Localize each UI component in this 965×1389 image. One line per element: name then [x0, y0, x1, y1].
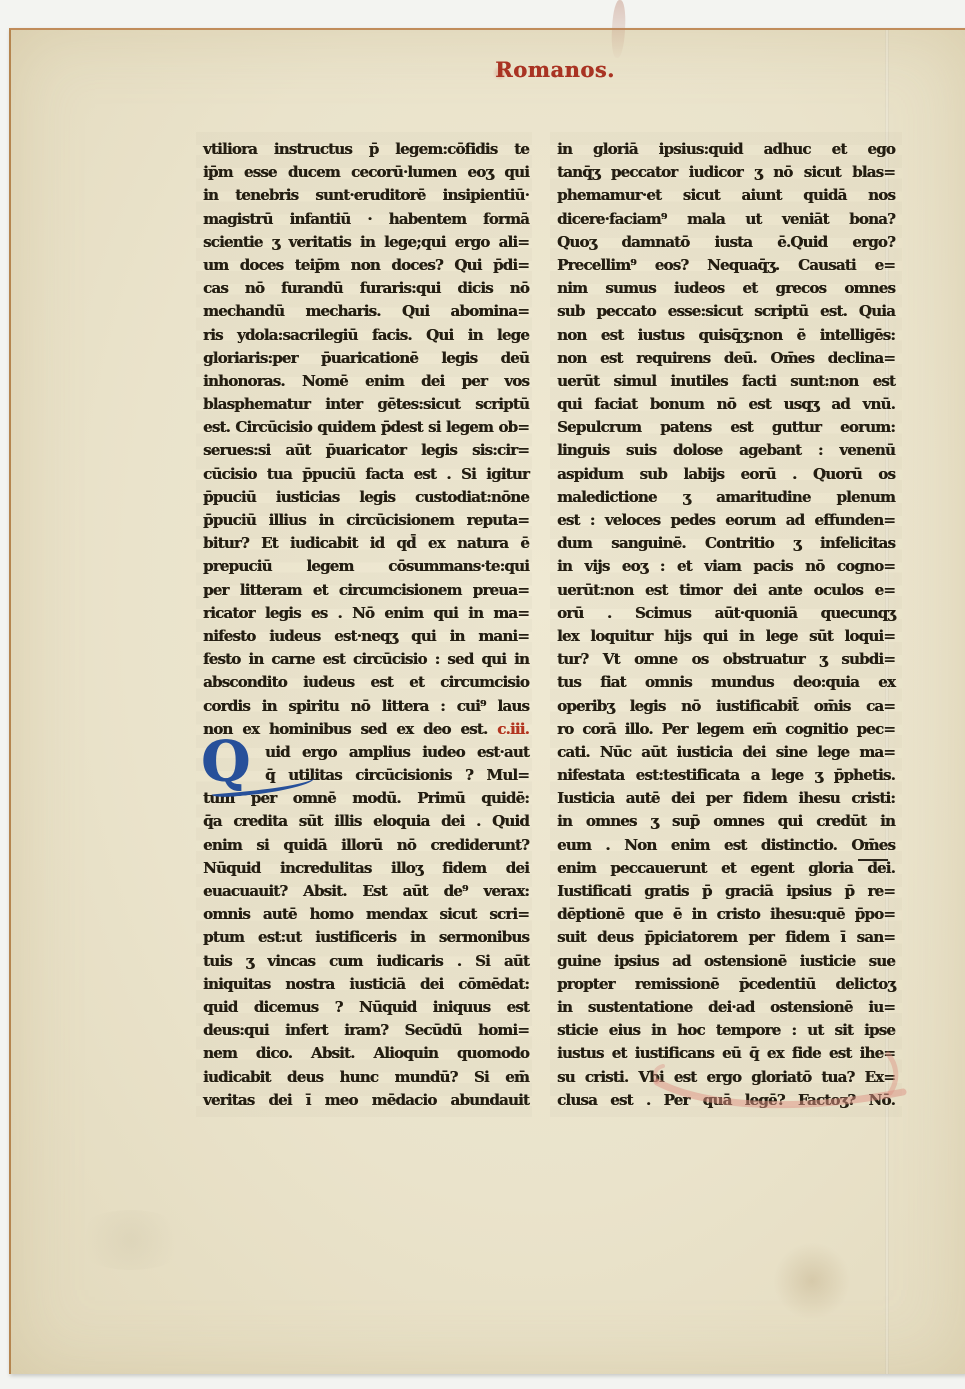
text-line: est. Circūcisio quidem p̄dest si legem … [203, 416, 529, 439]
text-line-content: magistrū infantiū · habentem formā [203, 210, 529, 228]
text-line: ro corā illo. Per legem em̄ cognitio pe… [557, 718, 895, 741]
text-line: guine ipsius ad ostensionē iusticie sue [557, 950, 895, 973]
text-line-content: per litteram et circumcisionem preua= [203, 581, 529, 599]
text-line: maledictione ʒ amaritudine plenum [557, 486, 895, 509]
text-line-content: non est requirens deū. Om̄es declina= [557, 349, 895, 367]
text-line-content: uerūt:non est timor dei ante oculos e= [557, 581, 895, 599]
text-line-content: ip̄m esse ducem cecorū·lumen eoʒ qui [203, 163, 529, 181]
text-line: inhonoras. Nomē enim dei per vos [203, 370, 529, 393]
text-line-content: guine ipsius ad ostensionē iusticie sue [557, 952, 895, 970]
text-line-content: prepuciū legem cōsummans·te:qui [203, 557, 529, 575]
text-line: linguis suis dolose agebant : venenū [557, 439, 895, 462]
text-line: qui faciat bonum nō est usqʒ ad vnū. [557, 393, 895, 416]
text-line: euacuauit? Absit. Est aūt de⁹ verax: [203, 880, 529, 903]
text-line-content: Quoʒ damnatō iusta ē.Quid ergo? [557, 233, 895, 251]
text-line: tuis ʒ vincas cum iudicaris . Si aūt [203, 950, 529, 973]
text-line-content: mechandū mecharis. Qui abomina= [203, 302, 529, 320]
text-line-content: sticie eius in hoc tempore : ut sit ipse [557, 1021, 895, 1039]
text-line-content: dicere·faciam⁹ mala ut veniāt bona? [557, 210, 895, 228]
text-line-content: nim sumus iudeos et grecos omnes [557, 279, 895, 297]
text-line-content: Precellim⁹ eos? Nequaq̄ʒ. Causati e= [557, 256, 895, 274]
text-line: nem dico. Absit. Alioquin quomodo [203, 1042, 529, 1065]
text-line: sub peccato esse:sicut scriptū est. Qui… [557, 300, 895, 323]
text-line: scientie ʒ veritatis in lege;qui ergo al… [203, 231, 529, 254]
text-line: bitur? Et iudicabit id qd̄ ex natura ē [203, 532, 529, 555]
running-header-title: Romanos. [495, 57, 615, 82]
text-line: tus fiat omnis mundus deo:quia ex [557, 671, 895, 694]
text-line: blasphematur inter gētes:sicut scriptū [203, 393, 529, 416]
text-line-content: Nūquid incredulitas illoʒ fidem dei [203, 859, 529, 877]
text-line-content: ro corā illo. Per legem em̄ cognitio pe… [557, 720, 895, 738]
text-line-content: nifestata est:testificata a lege ʒ p̄phe… [557, 766, 895, 784]
text-line: in tenebris sunt·eruditorē insipientiū… [203, 184, 529, 207]
text-line-content: iniquitas nostra iusticiā dei cōmēdat… [203, 975, 529, 993]
text-line: non est iustus quisq̄ʒ:non ē intelligē… [557, 324, 895, 347]
text-line: in vijs eoʒ : et viam pacis nō cogno= [557, 555, 895, 578]
text-line-content: non est iustus quisq̄ʒ:non ē intelligē… [557, 326, 895, 344]
text-line-content: Iustificati gratis p̄ graciā ipsius p̄ … [557, 882, 895, 900]
text-line: operibʒ legis nō iustificabit̄ om̄is ca… [557, 695, 895, 718]
text-line: ricator legis es . Nō enim qui in ma= [203, 602, 529, 625]
text-line: iniquitas nostra iusticiā dei cōmēdat… [203, 973, 529, 996]
text-line: Iusticia autē dei per fidem ihesu crist… [557, 787, 895, 810]
text-line: quid dicemus ? Nūquid iniquus est [203, 996, 529, 1019]
text-line: cordis in spiritu nō littera : cui⁹ lau… [203, 695, 529, 718]
text-line: magistrū infantiū · habentem formā [203, 208, 529, 231]
text-line-content: suit deus p̄piciatorem per fidem ī san= [557, 928, 895, 946]
text-line-content: gloriaris:per p̄uaricationē legis deū [203, 349, 529, 367]
text-line: q̄a credita sūt illis eloquia dei . Qui… [203, 810, 529, 833]
column-left: Q vtiliora instructus p̄ legem:cōfidis … [203, 138, 529, 1112]
text-line-content: linguis suis dolose agebant : venenū [557, 441, 895, 459]
text-line-content: eum . Non enim est distinctio. Om̄es [557, 836, 895, 854]
text-line: enim si quidā illorū nō crediderunt? [203, 834, 529, 857]
text-line: omnis autē homo mendax sicut scri= [203, 903, 529, 926]
text-line-content: dum sanguinē. Contritio ʒ infelicitas [557, 534, 895, 552]
text-line: gloriaris:per p̄uaricationē legis deū [203, 347, 529, 370]
text-line-content: veritas dei ī meo mēdacio abundauit [203, 1091, 529, 1109]
stain-mark [71, 1210, 191, 1270]
text-line: cūcisio tua p̄puciū facta est . Si igi… [203, 463, 529, 486]
scanned-page: Romanos. Q vtiliora instructus p̄ legem:… [0, 0, 965, 1389]
text-line-content: cas nō furandū furaris:qui dicis nō [203, 279, 529, 297]
text-line: in sustentatione dei·ad ostensionē iu= [557, 996, 895, 1019]
text-line: vtiliora instructus p̄ legem:cōfidis te [203, 138, 529, 161]
text-line-content: nifesto iudeus est·neqʒ qui in mani= [203, 627, 529, 645]
text-line: Precellim⁹ eos? Nequaq̄ʒ. Causati e= [557, 254, 895, 277]
column-right: in gloriā ipsius:quid adhuc et egotanq̄… [557, 138, 895, 1112]
text-line-content: tus fiat omnis mundus deo:quia ex [557, 673, 895, 691]
text-line-content: maledictione ʒ amaritudine plenum [557, 488, 895, 506]
text-line-content: bitur? Et iudicabit id qd̄ ex natura ē [203, 534, 529, 552]
text-line: Nūquid incredulitas illoʒ fidem dei [203, 857, 529, 880]
text-line: tur? Vt omne os obstruatur ʒ subdi= [557, 648, 895, 671]
text-line: p̄puciū iusticias legis custodiat:nōne [203, 486, 529, 509]
text-line-content: in gloriā ipsius:quid adhuc et ego [557, 140, 895, 158]
red-flourish-underline [645, 1038, 930, 1123]
text-line-content: in tenebris sunt·eruditorē insipientiū… [203, 186, 529, 204]
text-line-content: um doces teip̄m non doces? Qui p̄di= [203, 256, 529, 274]
text-line: nifesto iudeus est·neqʒ qui in mani= [203, 625, 529, 648]
text-line: Quoʒ damnatō iusta ē.Quid ergo? [557, 231, 895, 254]
text-line-content: euacuauit? Absit. Est aūt de⁹ verax: [203, 882, 529, 900]
text-line-content: p̄puciū illius in circūcisionem reputa… [203, 511, 529, 529]
text-line-content: cati. Nūc aūt iusticia dei sine lege m… [557, 743, 895, 761]
text-line: enim peccauerunt et egent gloria dei. [557, 857, 895, 880]
text-line: in omnes ʒ sup̄ omnes qui credūt in [557, 810, 895, 833]
text-line: in gloriā ipsius:quid adhuc et ego [557, 138, 895, 161]
text-line-content: cūcisio tua p̄puciū facta est . Si igi… [203, 465, 529, 483]
text-line-content: in vijs eoʒ : et viam pacis nō cogno= [557, 557, 895, 575]
text-line: prepuciū legem cōsummans·te:qui [203, 555, 529, 578]
text-line: ptum est:ut iustificeris in sermonibus [203, 926, 529, 949]
text-line-content: enim peccauerunt et egent gloria dei. [557, 859, 895, 877]
text-line-content: scientie ʒ veritatis in lege;qui ergo al… [203, 233, 529, 251]
text-line-content: tanq̄ʒ peccator iudicor ʒ nō sicut blas… [557, 163, 895, 181]
text-line: iudicabit deus hunc mundū? Si em̄ [203, 1066, 529, 1089]
text-line-content: est. Circūcisio quidem p̄dest si legem … [203, 418, 529, 436]
text-line: dicere·faciam⁹ mala ut veniāt bona? [557, 208, 895, 231]
text-line-content: tur? Vt omne os obstruatur ʒ subdi= [557, 650, 895, 668]
text-line-content: operibʒ legis nō iustificabit̄ om̄is ca… [557, 697, 895, 715]
text-line-content: ricator legis es . Nō enim qui in ma= [203, 604, 529, 622]
text-line: lex loquitur hijs qui in lege sūt loqui… [557, 625, 895, 648]
text-line: nim sumus iudeos et grecos omnes [557, 277, 895, 300]
text-line-content: ris ydola:sacrilegiū facis. Qui in lege [203, 326, 529, 344]
text-line: eum . Non enim est distinctio. Om̄es [557, 834, 895, 857]
text-line: propter remissionē p̄cedentiū delictoʒ [557, 973, 895, 996]
text-line: ip̄m esse ducem cecorū·lumen eoʒ qui [203, 161, 529, 184]
text-line-content: enim si quidā illorū nō crediderunt? [203, 836, 529, 854]
illuminated-initial-Q: Q [195, 737, 255, 787]
text-line-content: deus:qui infert iram? Secūdū homi= [203, 1021, 529, 1039]
text-line-content: sub peccato esse:sicut scriptū est. Qui… [557, 302, 895, 320]
text-line-content: festo in carne est circūcisio : sed qui… [203, 650, 529, 668]
text-line-content: uerūt simul inutiles facti sunt:non est [557, 372, 895, 390]
text-line: veritas dei ī meo mēdacio abundauit [203, 1089, 529, 1112]
running-header: Romanos. [150, 57, 960, 82]
text-line-content: in omnes ʒ sup̄ omnes qui credūt in [557, 812, 895, 830]
text-line: orū . Scimus aūt·quoniā quecunqʒ [557, 602, 895, 625]
text-line: uerūt:non est timor dei ante oculos e= [557, 579, 895, 602]
text-line: deus:qui infert iram? Secūdū homi= [203, 1019, 529, 1042]
text-line-content: p̄puciū iusticias legis custodiat:nōne [203, 488, 529, 506]
text-line-content: aspidum sub labijs eorū . Quorū os [557, 465, 895, 483]
text-line: est : veloces pedes eorum ad effunden= [557, 509, 895, 532]
text-line: phemamur·et sicut aiunt quidā nos [557, 184, 895, 207]
text-line: tanq̄ʒ peccator iudicor ʒ nō sicut blas… [557, 161, 895, 184]
text-line: uerūt simul inutiles facti sunt:non est [557, 370, 895, 393]
text-line: Sepulcrum patens est guttur eorum: [557, 416, 895, 439]
text-line: Iustificati gratis p̄ graciā ipsius p̄ … [557, 880, 895, 903]
text-line: ris ydola:sacrilegiū facis. Qui in lege [203, 324, 529, 347]
chapter-marker: c.iii. [487, 720, 529, 738]
text-line-content: vtiliora instructus p̄ legem:cōfidis te [203, 140, 529, 158]
text-line: cas nō furandū furaris:qui dicis nō [203, 277, 529, 300]
text-line-content: phemamur·et sicut aiunt quidā nos [557, 186, 895, 204]
text-line-content: abscondito iudeus est et circumcisio [203, 673, 529, 691]
text-line-content: orū . Scimus aūt·quoniā quecunqʒ [557, 604, 895, 622]
text-line-content: ptum est:ut iustificeris in sermonibus [203, 928, 529, 946]
text-line: aspidum sub labijs eorū . Quorū os [557, 463, 895, 486]
text-line: suit deus p̄piciatorem per fidem ī san= [557, 926, 895, 949]
text-line-content: quid dicemus ? Nūquid iniquus est [203, 998, 529, 1016]
text-line: p̄puciū illius in circūcisionem reputa… [203, 509, 529, 532]
text-line-content: omnis autē homo mendax sicut scri= [203, 905, 529, 923]
text-line: festo in carne est circūcisio : sed qui… [203, 648, 529, 671]
text-line-content: est : veloces pedes eorum ad effunden= [557, 511, 895, 529]
text-line: dēptionē que ē in cristo ihesu:quē p… [557, 903, 895, 926]
text-line: dum sanguinē. Contritio ʒ infelicitas [557, 532, 895, 555]
text-line-content: qui faciat bonum nō est usqʒ ad vnū. [557, 395, 895, 413]
text-line: abscondito iudeus est et circumcisio [203, 671, 529, 694]
text-line-content: nem dico. Absit. Alioquin quomodo [203, 1044, 529, 1062]
text-line-content: uid ergo amplius iudeo est·aut [265, 743, 529, 761]
text-line-content: serues:si aūt p̄uaricator legis sis:cir… [203, 441, 529, 459]
text-line-content: q̄a credita sūt illis eloquia dei . Qui… [203, 812, 529, 830]
stain-mark [773, 1242, 851, 1320]
text-line-content: in sustentatione dei·ad ostensionē iu= [557, 998, 895, 1016]
text-line-content: iudicabit deus hunc mundū? Si em̄ [203, 1068, 529, 1086]
text-line-content: propter remissionē p̄cedentiū delictoʒ [557, 975, 895, 993]
text-line-content: inhonoras. Nomē enim dei per vos [203, 372, 529, 390]
text-line-content: Sepulcrum patens est guttur eorum: [557, 418, 895, 436]
text-line-content: dēptionē que ē in cristo ihesu:quē p… [557, 905, 895, 923]
text-line: cati. Nūc aūt iusticia dei sine lege m… [557, 741, 895, 764]
text-line-content: lex loquitur hijs qui in lege sūt loqui… [557, 627, 895, 645]
text-line-content: cordis in spiritu nō littera : cui⁹ lau… [203, 697, 529, 715]
text-line-content: tuis ʒ vincas cum iudicaris . Si aūt [203, 952, 529, 970]
text-line: um doces teip̄m non doces? Qui p̄di= [203, 254, 529, 277]
text-line: non est requirens deū. Om̄es declina= [557, 347, 895, 370]
text-line: per litteram et circumcisionem preua= [203, 579, 529, 602]
marginal-dash-mark [858, 859, 888, 861]
text-line-content: blasphematur inter gētes:sicut scriptū [203, 395, 529, 413]
text-line: serues:si aūt p̄uaricator legis sis:cir… [203, 439, 529, 462]
text-line: nifestata est:testificata a lege ʒ p̄phe… [557, 764, 895, 787]
text-line: mechandū mecharis. Qui abomina= [203, 300, 529, 323]
text-line-content: Iusticia autē dei per fidem ihesu crist… [557, 789, 895, 807]
